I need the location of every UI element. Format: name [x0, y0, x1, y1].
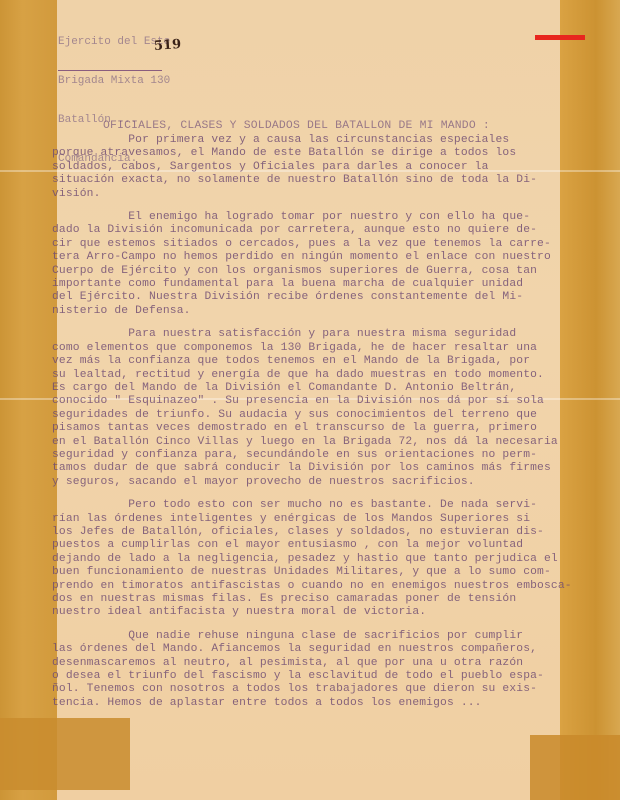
- paragraph: Que nadie rehuse ninguna clase de sacrif…: [52, 630, 612, 710]
- text-line: cir que estemos sitiados o cercados, pue…: [52, 238, 612, 251]
- text-line: seguridades de triunfo. Su audacia y sus…: [52, 409, 612, 422]
- tape-patch-bottom-left: [0, 718, 130, 790]
- document-title: OFICIALES, CLASES Y SOLDADOS DEL BATALLO…: [103, 120, 490, 132]
- text-line: y seguros, sacando el mayor provecho de …: [52, 476, 612, 489]
- text-line: ñol. Tenemos con nosotros a todos los tr…: [52, 683, 612, 696]
- text-line: prendo en timoratos antifascistas o cuan…: [52, 580, 612, 593]
- text-line: El enemigo ha logrado tomar por nuestro …: [52, 211, 612, 224]
- text-line: visión.: [52, 188, 612, 201]
- text-line: desenmascaremos al neutro, al pesimista,…: [52, 657, 612, 670]
- paragraph: Para nuestra satisfacción y para nuestra…: [52, 328, 612, 489]
- text-line: dejando de lado a la negligencia, pesade…: [52, 553, 612, 566]
- document-body: Por primera vez y a causa las circunstan…: [52, 134, 612, 710]
- text-line: tamos dudar de que sabrá conducir la Div…: [52, 462, 612, 475]
- text-line: su lealtad, rectitud y energía de que ha…: [52, 369, 612, 382]
- tape-patch-bottom-right: [530, 735, 620, 800]
- text-line: Cuerpo de Ejército y con los organismos …: [52, 265, 612, 278]
- paragraph: Por primera vez y a causa las circunstan…: [52, 134, 612, 201]
- text-line: Por primera vez y a causa las circunstan…: [52, 134, 612, 147]
- text-line: Pero todo esto con ser mucho no es basta…: [52, 499, 612, 512]
- text-line: del Ejército. Nuestra División recibe ór…: [52, 291, 612, 304]
- text-line: rían las órdenes inteligentes y enérgica…: [52, 513, 612, 526]
- header-underline: [58, 70, 162, 71]
- text-line: dos en nuestras mismas filas. Es preciso…: [52, 593, 612, 606]
- header-line: Brigada Mixta 130: [58, 75, 170, 88]
- text-line: nisterio de Defensa.: [52, 305, 612, 318]
- text-line: tera Arro-Campo no hemos perdido en ning…: [52, 251, 612, 264]
- text-line: o desea el triunfo del fascismo y la esc…: [52, 670, 612, 683]
- text-line: puestos a cumplirlas con el mayor entusi…: [52, 539, 612, 552]
- red-stamp-mark: [535, 35, 585, 40]
- text-line: dado la División incomunicada por carret…: [52, 224, 612, 237]
- text-line: buen funcionamiento de nuestras Unidades…: [52, 566, 612, 579]
- text-line: Que nadie rehuse ninguna clase de sacrif…: [52, 630, 612, 643]
- text-line: conocido " Esquinazeo" . Su presencia en…: [52, 395, 612, 408]
- text-line: situación exacta, no solamente de nuestr…: [52, 174, 612, 187]
- folio-number: 519: [154, 37, 182, 54]
- text-line: en el Batallón Cinco Villas y luego en l…: [52, 436, 612, 449]
- text-line: porque atravesamos, el Mando de este Bat…: [52, 147, 612, 160]
- text-line: las órdenes del Mando. Afiancemos la seg…: [52, 643, 612, 656]
- text-line: Para nuestra satisfacción y para nuestra…: [52, 328, 612, 341]
- text-line: nuestro ideal antifacista y nuestra mora…: [52, 606, 612, 619]
- text-line: tencia. Hemos de aplastar entre todos a …: [52, 697, 612, 710]
- text-line: los Jefes de Batallón, oficiales, clases…: [52, 526, 612, 539]
- text-line: como elementos que componemos la 130 Bri…: [52, 342, 612, 355]
- text-line: vez más la confianza que todos tenemos e…: [52, 355, 612, 368]
- text-line: pisamos tantas veces demostrado en el tr…: [52, 422, 612, 435]
- text-line: Es cargo del Mando de la División el Com…: [52, 382, 612, 395]
- paragraph: Pero todo esto con ser mucho no es basta…: [52, 499, 612, 620]
- text-line: soldados, cabos, Sargentos y Oficiales p…: [52, 161, 612, 174]
- paragraph: El enemigo ha logrado tomar por nuestro …: [52, 211, 612, 318]
- text-line: seguridad y confianza para, secundándole…: [52, 449, 612, 462]
- text-line: importante como fundamental para la buen…: [52, 278, 612, 291]
- tape-strip-left: [0, 0, 57, 800]
